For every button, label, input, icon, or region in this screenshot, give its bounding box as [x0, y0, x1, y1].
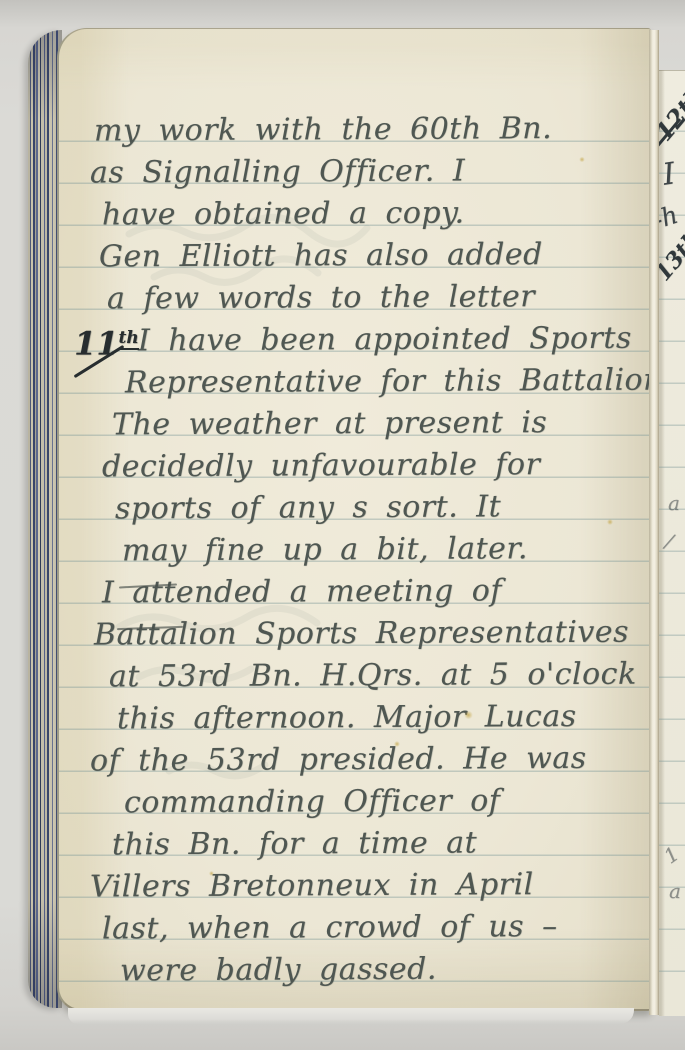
age-spot	[464, 711, 473, 719]
handwriting-line: Battalion Sports Representatives	[94, 612, 647, 657]
handwriting-line: at 53rd Bn. H.Qrs. at 5 o'clock	[109, 654, 647, 699]
handwriting-line: I attended a meeting of	[102, 570, 647, 615]
handwriting-line: Villers Bretonneux in April	[90, 864, 647, 909]
age-spot	[209, 871, 214, 876]
next-page-fragment: I	[661, 156, 678, 192]
under-page-edge	[68, 1008, 634, 1024]
next-page-date-fragment: 13th	[659, 226, 685, 286]
age-spot	[579, 157, 585, 162]
handwriting-block: my work with the 60th Bn. as Signalling …	[90, 109, 647, 991]
handwriting-line: of the 53rd presided. He was	[90, 738, 647, 783]
handwriting-line: commanding Officer of	[124, 780, 647, 825]
handwriting-line: this Bn. for a time at	[112, 822, 647, 867]
handwriting-line: decidedly unfavourable for	[102, 444, 647, 489]
handwriting-line: The weather at present is	[112, 402, 647, 447]
handwriting-line: Gen Elliott has also added	[99, 234, 647, 279]
handwriting-line: a few words to the letter	[107, 276, 647, 321]
date-number: 11	[74, 325, 119, 363]
age-spot	[394, 741, 400, 747]
diary-page: my work with the 60th Bn. as Signalling …	[57, 28, 651, 1011]
next-page-fragment: -h	[659, 200, 681, 235]
next-page-fragment: /	[663, 529, 675, 554]
date-marker: 11th	[74, 317, 139, 359]
handwriting-line: Representative for this Battalion.	[125, 360, 647, 405]
handwriting-line: my work with the 60th Bn.	[94, 108, 647, 153]
handwriting-line: last, when a crowd of us –	[102, 906, 647, 951]
next-page-fragment: 1	[659, 842, 683, 869]
handwriting-line: sports of any s sort. It	[115, 486, 647, 531]
handwriting-line: as Signalling Officer. I	[90, 150, 647, 195]
age-spot	[607, 519, 613, 525]
handwriting-line: this afternoon. Major Lucas	[117, 696, 647, 741]
gutter-crease	[649, 30, 659, 1015]
handwriting-line-dated: I have been appointed Sports	[138, 318, 647, 363]
next-page-sliver: 12th I -h 13th a / 1 a	[659, 70, 685, 1016]
handwriting-line: have obtained a copy.	[102, 192, 647, 237]
next-page-fragment: a	[669, 879, 681, 903]
handwriting-line: may fine up a bit, later.	[122, 528, 647, 573]
diary-photo: my work with the 60th Bn. as Signalling …	[0, 0, 685, 1050]
handwriting-line: were badly gassed.	[120, 948, 647, 993]
next-page-fragment: a	[668, 491, 680, 515]
